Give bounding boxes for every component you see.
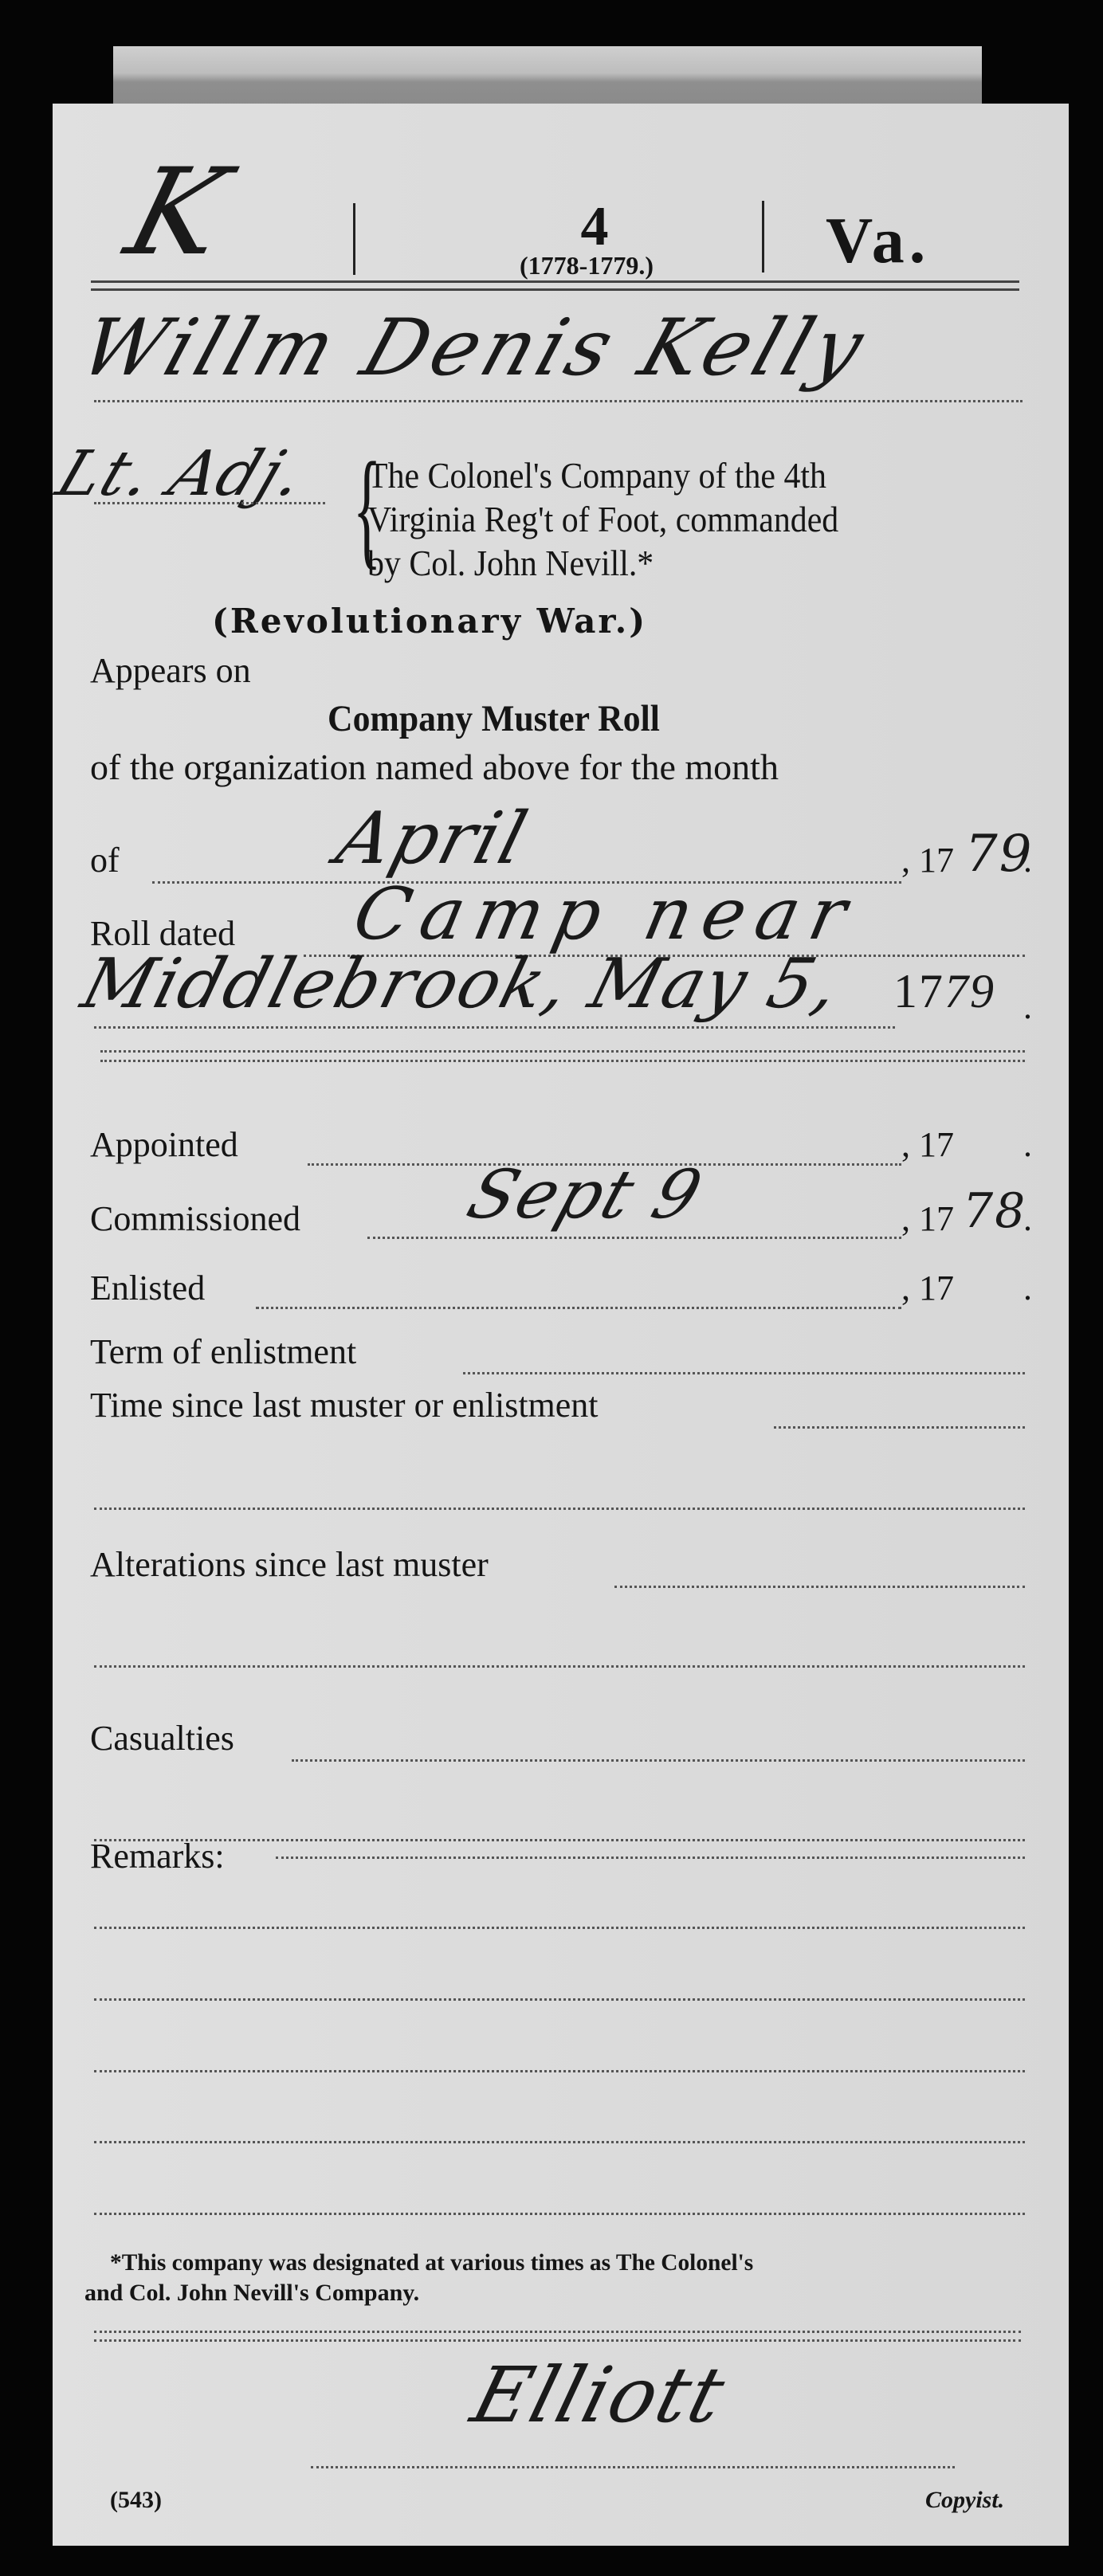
header-divider-right	[762, 201, 764, 272]
alterations-label: Alterations since last muster	[90, 1547, 489, 1582]
org-line-2: Virginia Reg't of Foot, commanded	[367, 502, 838, 538]
signature-line	[311, 2466, 955, 2468]
footer-rule-bottom	[94, 2339, 1021, 2342]
appointed-period: .	[1023, 1127, 1032, 1163]
enlisted-label: Enlisted	[90, 1271, 205, 1306]
term-label: Term of enlistment	[90, 1335, 356, 1370]
remarks-line-5	[94, 2141, 1025, 2143]
casualties-line-2	[94, 1839, 1025, 1841]
time-since-line-2	[94, 1508, 1025, 1510]
roll-dated-year-suffix: 79	[944, 965, 995, 1017]
alterations-line-1	[614, 1586, 1025, 1588]
company-letter: K	[114, 143, 242, 282]
commissioned-year: , 17	[901, 1202, 954, 1237]
roll-dated-period: .	[1023, 990, 1032, 1025]
enlisted-line	[256, 1307, 901, 1309]
casualties-label: Casualties	[90, 1721, 234, 1756]
roll-description: of the organization named above for the …	[90, 749, 779, 786]
remarks-line-6	[94, 2213, 1025, 2215]
commissioned-line	[367, 1237, 901, 1239]
footnote-line-2: and Col. John Nevill's Company.	[84, 2281, 419, 2305]
roll-dated-year: 1779	[893, 964, 995, 1019]
form-number: (543)	[110, 2488, 162, 2512]
remarks-label: Remarks:	[90, 1839, 225, 1874]
commissioned-period: .	[1023, 1202, 1032, 1237]
muster-roll-card: K 4 (1778-1779.) Va. Willm Denis Kelly L…	[53, 104, 1069, 2546]
month-period: .	[1023, 843, 1032, 878]
commissioned-value: Sept 9	[458, 1155, 712, 1233]
roll-dated-value-2: Middlebrook, May 5,	[74, 944, 850, 1024]
background-card-edge	[113, 46, 982, 106]
month-label: of	[90, 843, 120, 878]
name-line	[94, 400, 1023, 402]
remarks-line-4	[94, 2070, 1025, 2072]
remarks-line-1	[276, 1857, 1025, 1859]
roll-dated-year-prefix: 17	[893, 965, 944, 1017]
appointed-label: Appointed	[90, 1127, 238, 1163]
alterations-line-2	[94, 1665, 1025, 1668]
casualties-line-1	[292, 1759, 1025, 1762]
term-line	[463, 1372, 1025, 1374]
section-rule-top	[100, 1050, 1025, 1053]
remarks-line-3	[94, 1998, 1025, 2001]
regiment-number: 4	[563, 195, 626, 259]
month-value: April	[328, 797, 536, 880]
state-abbrev: Va.	[826, 203, 930, 278]
enlisted-period: .	[1023, 1271, 1032, 1306]
header-rule-top	[91, 280, 1019, 283]
commissioned-year-suffix: 78	[963, 1183, 1026, 1239]
footnote-line-1: *This company was designated at various …	[110, 2251, 753, 2275]
appointed-year: , 17	[901, 1127, 954, 1163]
copyist-label: Copyist.	[925, 2488, 1004, 2512]
org-line-1: The Colonel's Company of the 4th	[367, 458, 826, 494]
time-since-line-1	[774, 1426, 1025, 1429]
roll-dated-line-2	[94, 1026, 895, 1029]
soldier-rank: Lt. Adj.	[48, 438, 316, 510]
remarks-line-2	[94, 1927, 1025, 1929]
roll-type: Company Muster Roll	[328, 697, 660, 740]
header-divider-left	[353, 203, 355, 275]
time-since-label: Time since last muster or enlistment	[90, 1388, 599, 1423]
section-rule-bottom	[100, 1060, 1025, 1062]
footer-rule-top	[94, 2331, 1021, 2333]
copyist-signature: Elliott	[463, 2351, 735, 2440]
commissioned-label: Commissioned	[90, 1202, 300, 1237]
enlisted-year: , 17	[901, 1271, 954, 1306]
war-title: (Revolutionary War.)	[212, 602, 647, 641]
rank-line	[94, 502, 325, 504]
regiment-years: (1778-1779.)	[467, 251, 706, 280]
appears-on-label: Appears on	[90, 653, 251, 688]
month-year-prefix: , 17	[901, 843, 954, 878]
header-rule-bottom	[91, 288, 1019, 291]
org-line-3: by Col. John Nevill.*	[367, 546, 654, 582]
soldier-name: Willm Denis Kelly	[69, 303, 878, 394]
